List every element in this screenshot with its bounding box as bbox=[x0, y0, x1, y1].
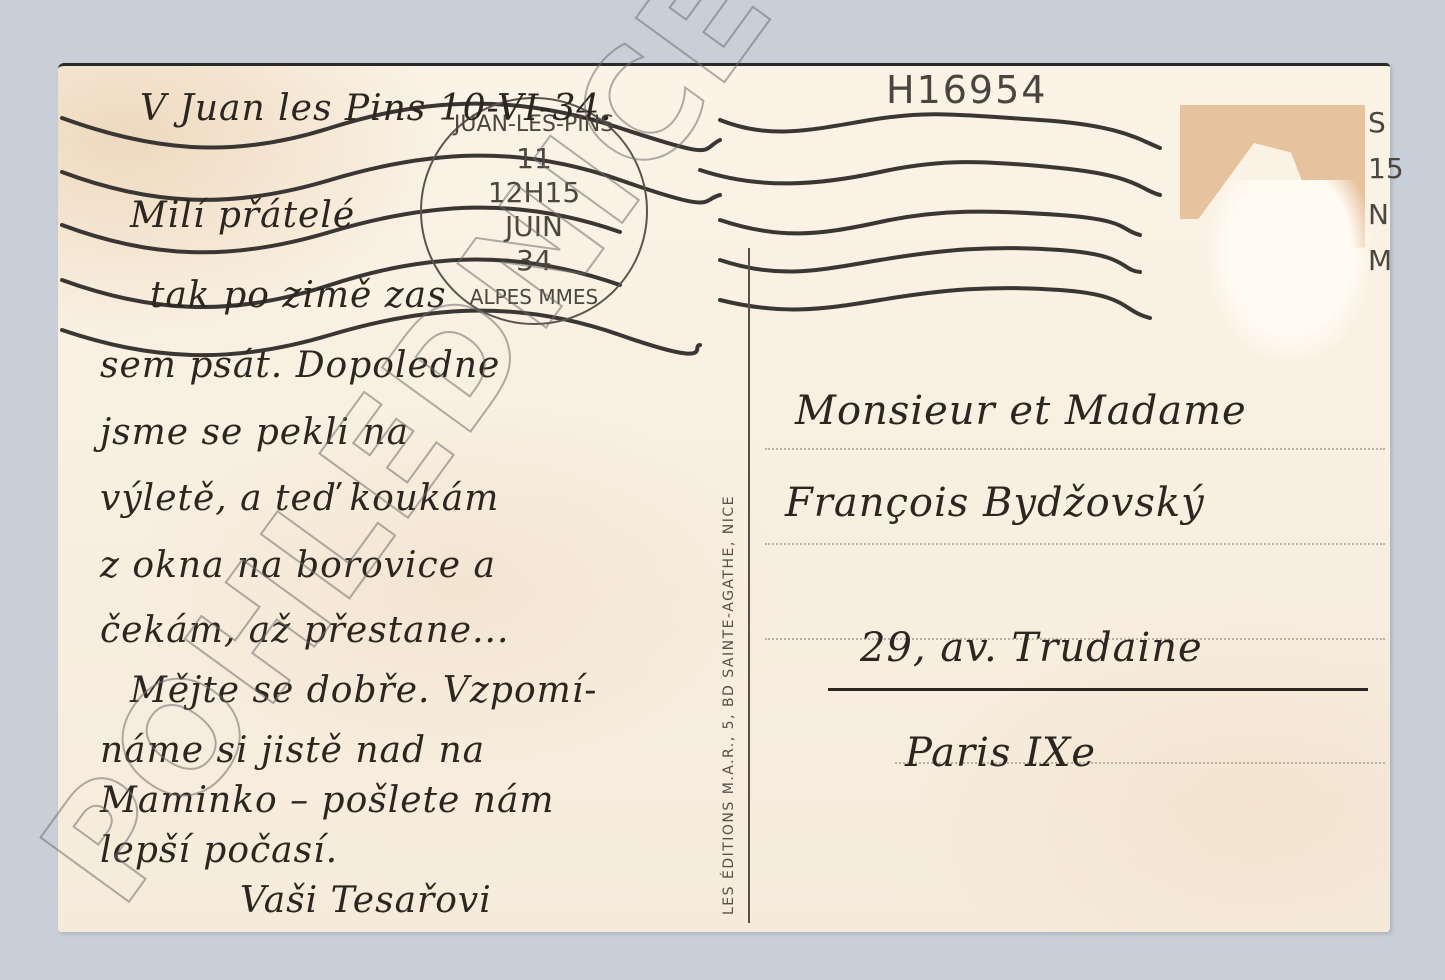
address-underline bbox=[828, 688, 1368, 691]
address-line1: Monsieur et Madame bbox=[795, 388, 1247, 434]
address-rule bbox=[765, 543, 1385, 545]
stamp-torn-area bbox=[1210, 180, 1370, 360]
center-divider bbox=[748, 248, 750, 923]
address-line2: François Bydžovský bbox=[785, 480, 1205, 526]
message-greeting: Milí přátelé bbox=[130, 195, 355, 236]
partial-postmark-text: S bbox=[1368, 100, 1404, 146]
address-rule bbox=[765, 448, 1385, 450]
partial-postmark: S 15 N M bbox=[1368, 100, 1404, 284]
partial-postmark-text: M bbox=[1368, 238, 1404, 284]
partial-postmark-text: 15 bbox=[1368, 146, 1404, 192]
partial-postmark-text: N bbox=[1368, 192, 1404, 238]
publisher-imprint: LES ÉDITIONS M.A.R., 5, BD SAINTE-AGATHE… bbox=[721, 495, 737, 915]
reference-number: H16954 bbox=[886, 68, 1047, 112]
address-line3: 29, av. Trudaine bbox=[860, 625, 1203, 671]
message-signature: Vaši Tesařovi bbox=[240, 880, 492, 921]
address-line4: Paris IXe bbox=[905, 730, 1096, 776]
